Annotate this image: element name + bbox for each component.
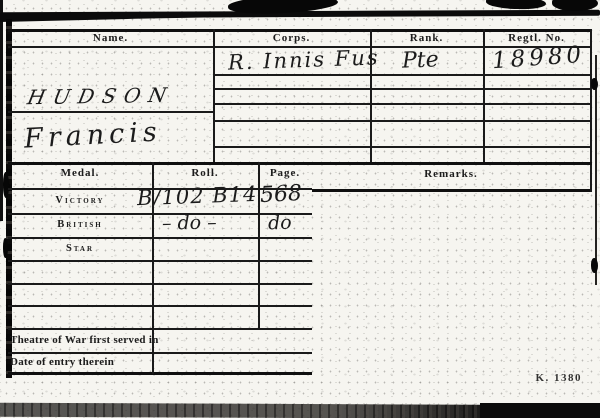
grid-line-h	[213, 74, 590, 76]
grid-line-v	[483, 29, 485, 163]
grid-line-h	[8, 260, 312, 262]
grid-line-h	[213, 120, 590, 122]
medal-row-victory: Victory	[8, 195, 152, 206]
grid-line-h	[8, 372, 312, 375]
roll-column-header: Roll.	[152, 167, 258, 179]
remarks-column-header: Remarks.	[312, 168, 590, 180]
rank-handwriting: Pte	[402, 49, 439, 72]
grid-line-h	[8, 305, 312, 307]
date-of-entry-label: Date of entry therein	[10, 356, 152, 368]
medal-index-card-scan: Name. Corps. Rank. Regtl. No. Medal. Rol…	[0, 0, 600, 418]
british-page-handwriting: do	[268, 214, 292, 234]
grid-line-h	[8, 111, 213, 113]
surname-handwriting: HUDSON	[26, 85, 176, 108]
grid-line-h	[8, 328, 312, 330]
scan-band-top-wedge	[0, 14, 245, 22]
grid-line-v	[213, 29, 215, 163]
name-column-header: Name.	[8, 32, 213, 44]
medal-row-british: British	[8, 219, 152, 230]
grid-line-h	[8, 283, 312, 285]
victory-page-handwriting: 568	[259, 183, 302, 207]
scan-blob-top-right	[486, 0, 546, 10]
grid-line-v	[590, 29, 592, 192]
page-column-header: Page.	[258, 167, 312, 179]
forename-handwriting: Francis	[23, 118, 162, 152]
grid-line-h	[213, 88, 590, 90]
grid-line-h	[8, 352, 312, 354]
grid-line-h	[8, 237, 312, 239]
theatre-of-war-label: Theatre of War first served in	[10, 334, 152, 346]
corps-column-header: Corps.	[213, 32, 370, 44]
edge-smudge-1	[591, 78, 598, 90]
rank-column-header: Rank.	[370, 32, 483, 44]
corps-handwriting: R. Innis Fus	[228, 47, 380, 73]
medal-row-star: Star	[8, 243, 152, 254]
grid-line-h	[213, 146, 590, 148]
british-roll-handwriting: – do –	[162, 214, 217, 234]
grid-line-h	[8, 162, 592, 165]
regtl-no-handwriting: 18980	[491, 44, 586, 73]
form-reference: K. 1380	[512, 372, 582, 384]
grid-line-h	[213, 103, 590, 105]
medal-column-header: Medal.	[8, 167, 152, 179]
edge-smudge-2	[591, 258, 598, 273]
grid-line-h	[312, 189, 590, 192]
scan-blob-bottom-right	[480, 403, 600, 418]
victory-roll-handwriting: B/102 B14	[137, 184, 258, 209]
grid-line-h	[8, 213, 312, 215]
